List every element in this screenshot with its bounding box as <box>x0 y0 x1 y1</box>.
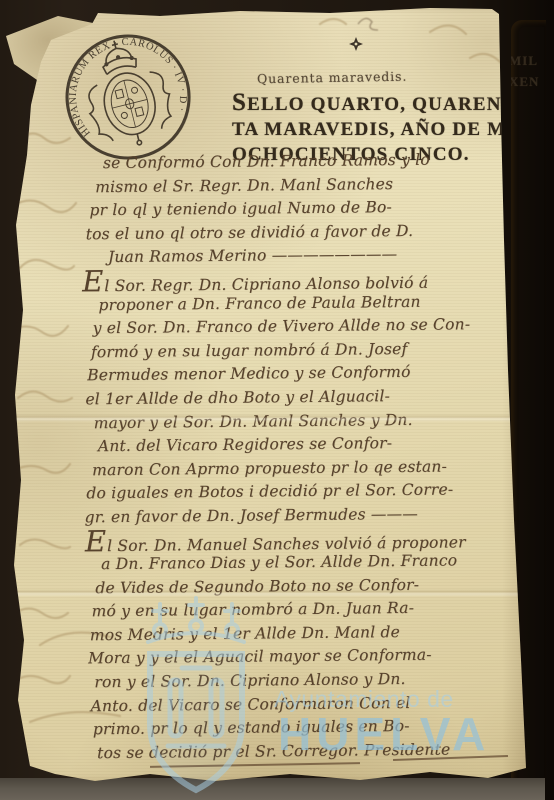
cross-ornament-icon <box>348 36 364 52</box>
archival-scan: { "document": { "page_mark": "14", "stam… <box>0 0 554 800</box>
sello-header-line: SELLO QUARTO, QUAREN- <box>232 90 529 117</box>
tax-stamp-note: Quarenta maravedis. <box>257 69 408 87</box>
adjacent-page-text: MIL XEN <box>511 50 546 92</box>
manuscript-line: El Sor. Dn. Manuel Sanches volvió á prop… <box>85 525 533 553</box>
adjacent-page-text-line: MIL <box>511 50 546 71</box>
adjacent-page-text-line: XEN <box>511 71 546 92</box>
manuscript-line: tos se decidió pr el Sr. Corregor. Presi… <box>87 737 535 765</box>
scanner-bed-band <box>0 778 545 800</box>
manuscript-text: se Conformó Con Dn. Franco Ramos y lo mi… <box>81 148 535 766</box>
manuscript-line: y el Sor. Dn. Franco de Vivero Allde no … <box>83 313 531 341</box>
manuscript-page: HISPANIARUM REX · CAROLUS · IV · D · G · <box>0 0 554 800</box>
sello-header-line: TA MARAVEDIS, AÑO DE MIL <box>232 117 529 142</box>
coat-of-arms-icon <box>82 64 179 155</box>
